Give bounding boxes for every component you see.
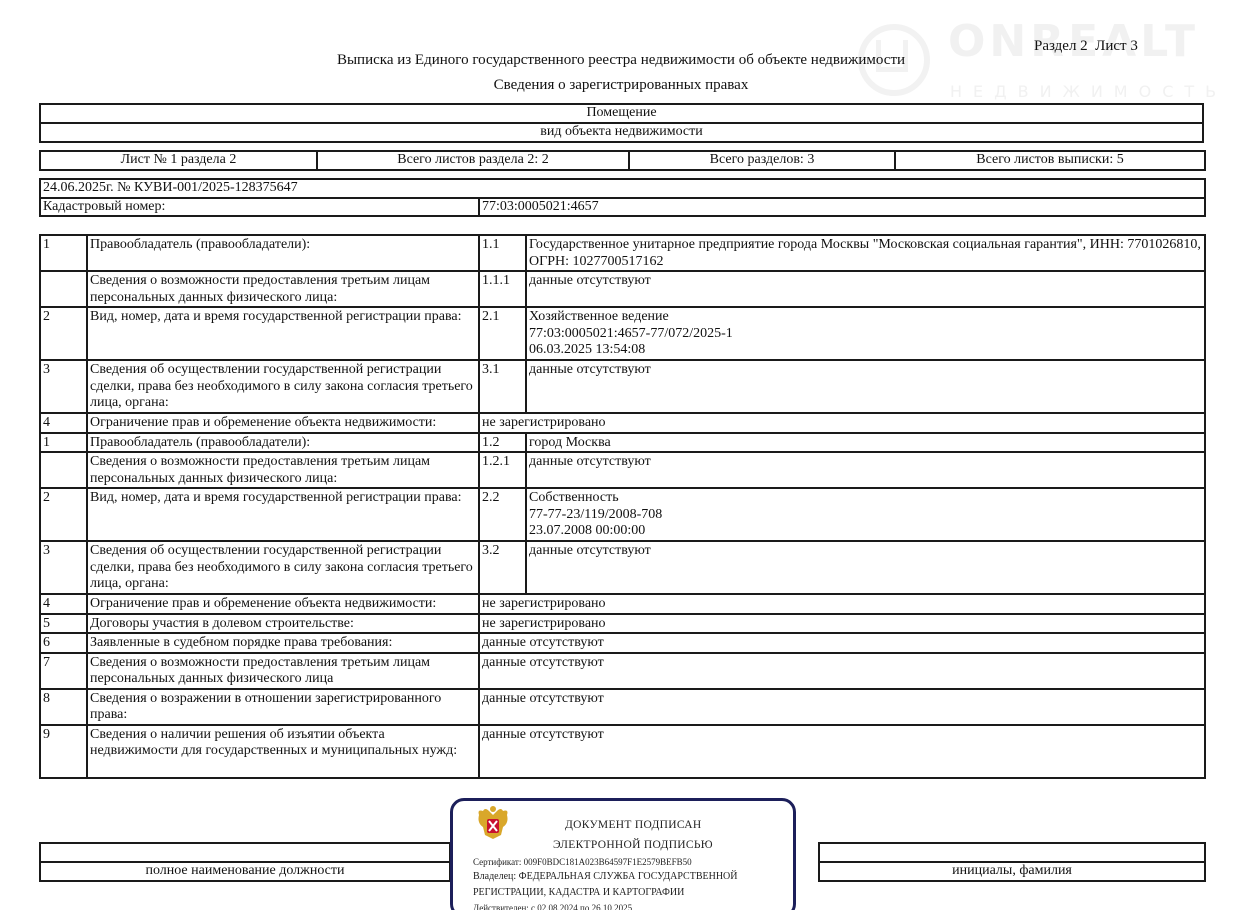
row-value-line: Хозяйственное ведение	[529, 309, 1202, 326]
row-code: 2.1	[479, 307, 526, 360]
row-number: 3	[40, 541, 87, 594]
row-label: Вид, номер, дата и время государственной…	[87, 307, 479, 360]
row-label: Сведения о возможности предоставления тр…	[87, 271, 479, 307]
row-value: данные отсутствуют	[479, 653, 1205, 689]
row-value-line: не зарегистрировано	[482, 415, 1202, 432]
row-code: 3.2	[479, 541, 526, 594]
table-row: Сведения о возможности предоставления тр…	[40, 452, 1205, 488]
row-value: данные отсутствуют	[479, 633, 1205, 653]
table-row: 6Заявленные в судебном порядке права тре…	[40, 633, 1205, 653]
row-number	[40, 452, 87, 488]
table-row: 4Ограничение прав и обременение объекта …	[40, 413, 1205, 433]
row-value-line: не зарегистрировано	[482, 616, 1202, 633]
stamp-line-2: ЭЛЕКТРОННОЙ ПОДПИСЬЮ	[553, 837, 713, 854]
cadastral-label: Кадастровый номер:	[40, 198, 479, 217]
row-number: 2	[40, 488, 87, 541]
row-value: Государственное унитарное предприятие го…	[526, 235, 1205, 271]
row-value: не зарегистрировано	[479, 413, 1205, 433]
row-value-line: 23.07.2008 00:00:00	[529, 523, 1202, 540]
stamp-validity: Действителен: с 02.08.2024 по 26.10.2025	[473, 900, 632, 910]
row-label: Вид, номер, дата и время государственной…	[87, 488, 479, 541]
row-value-line: 77-77-23/119/2008-708	[529, 507, 1202, 524]
row-number: 4	[40, 413, 87, 433]
row-value-line: данные отсутствуют	[482, 635, 1202, 652]
row-number: 7	[40, 653, 87, 689]
row-value-line: Собственность	[529, 490, 1202, 507]
table-row: 1Правообладатель (правообладатели):1.2го…	[40, 433, 1205, 453]
row-label: Сведения об осуществлении государственно…	[87, 541, 479, 594]
row-code: 1.1	[479, 235, 526, 271]
row-label: Ограничение прав и обременение объекта н…	[87, 594, 479, 614]
rights-table: 1Правообладатель (правообладатели):1.1Го…	[39, 234, 1206, 779]
row-label: Сведения о наличии решения об изъятии об…	[87, 725, 479, 778]
table-row: 4Ограничение прав и обременение объекта …	[40, 594, 1205, 614]
row-value: Собственность77-77-23/119/2008-70823.07.…	[526, 488, 1205, 541]
row-number: 8	[40, 689, 87, 725]
row-number: 3	[40, 360, 87, 413]
row-value-line: данные отсутствуют	[529, 454, 1202, 471]
position-field	[40, 843, 450, 862]
stamp-line-1: ДОКУМЕНТ ПОДПИСАН	[565, 817, 702, 834]
row-value-line: данные отсутствуют	[529, 362, 1202, 379]
object-type-table: Помещение вид объекта недвижимости	[39, 103, 1204, 143]
row-value-line: данные отсутствуют	[529, 273, 1202, 290]
row-value-line: город Москва	[529, 435, 1202, 452]
row-value-line: данные отсутствуют	[482, 655, 1202, 672]
row-number: 1	[40, 235, 87, 271]
row-number: 4	[40, 594, 87, 614]
row-label: Сведения о возможности предоставления тр…	[87, 653, 479, 689]
row-value-line: Государственное унитарное предприятие го…	[529, 237, 1202, 270]
row-value-line: 77:03:0005021:4657-77/072/2025-1	[529, 326, 1202, 343]
name-field	[819, 843, 1205, 862]
row-label: Правообладатель (правообладатели):	[87, 235, 479, 271]
table-row: 2Вид, номер, дата и время государственно…	[40, 307, 1205, 360]
row-value: данные отсутствуют	[479, 725, 1205, 778]
coat-of-arms-icon	[475, 805, 511, 845]
row-label: Сведения о возражении в отношении зареги…	[87, 689, 479, 725]
row-value: данные отсутствуют	[526, 271, 1205, 307]
table-row: 9Сведения о наличии решения об изъятии о…	[40, 725, 1205, 778]
row-value-line: не зарегистрировано	[482, 596, 1202, 613]
row-value: не зарегистрировано	[479, 594, 1205, 614]
table-row: 7Сведения о возможности предоставления т…	[40, 653, 1205, 689]
row-value-line: данные отсутствуют	[482, 691, 1202, 708]
document-subtitle: Сведения о зарегистрированных правах	[0, 77, 1242, 94]
total-sections: Всего разделов: 3	[629, 151, 895, 170]
object-type: Помещение	[40, 104, 1203, 123]
row-value: город Москва	[526, 433, 1205, 453]
sheet-number: Лист № 1 раздела 2	[40, 151, 317, 170]
electronic-signature-stamp: ДОКУМЕНТ ПОДПИСАН ЭЛЕКТРОННОЙ ПОДПИСЬЮ С…	[450, 798, 796, 910]
row-number: 9	[40, 725, 87, 778]
table-row: Сведения о возможности предоставления тр…	[40, 271, 1205, 307]
row-label: Сведения об осуществлении государственно…	[87, 360, 479, 413]
row-code: 1.1.1	[479, 271, 526, 307]
row-value-line: данные отсутствуют	[529, 543, 1202, 560]
row-value-line: 06.03.2025 13:54:08	[529, 342, 1202, 359]
row-number: 6	[40, 633, 87, 653]
document-header-table: 24.06.2025г. № КУВИ-001/2025-128375647 К…	[39, 178, 1206, 217]
table-row: 3Сведения об осуществлении государственн…	[40, 541, 1205, 594]
row-number: 1	[40, 433, 87, 453]
row-number: 2	[40, 307, 87, 360]
sheets-info-table: Лист № 1 раздела 2 Всего листов раздела …	[39, 150, 1206, 171]
total-extract-sheets: Всего листов выписки: 5	[895, 151, 1205, 170]
row-value: данные отсутствуют	[526, 360, 1205, 413]
row-label: Ограничение прав и обременение объекта н…	[87, 413, 479, 433]
row-code: 1.2	[479, 433, 526, 453]
name-caption: инициалы, фамилия	[819, 862, 1205, 881]
document-title: Выписка из Единого государственного реес…	[0, 52, 1242, 69]
row-label: Сведения о возможности предоставления тр…	[87, 452, 479, 488]
table-row: 1Правообладатель (правообладатели):1.1Го…	[40, 235, 1205, 271]
extract-date-number: 24.06.2025г. № КУВИ-001/2025-128375647	[40, 179, 1205, 198]
row-value: данные отсутствуют	[526, 541, 1205, 594]
row-value: не зарегистрировано	[479, 614, 1205, 634]
row-code: 1.2.1	[479, 452, 526, 488]
row-number: 5	[40, 614, 87, 634]
row-value-line: данные отсутствуют	[482, 727, 1202, 744]
row-number	[40, 271, 87, 307]
row-value: данные отсутствуют	[526, 452, 1205, 488]
table-row: 8Сведения о возражении в отношении зарег…	[40, 689, 1205, 725]
stamp-owner-line-1: Владелец: ФЕДЕРАЛЬНАЯ СЛУЖБА ГОСУДАРСТВЕ…	[473, 869, 738, 886]
row-label: Правообладатель (правообладатели):	[87, 433, 479, 453]
total-section-sheets: Всего листов раздела 2: 2	[317, 151, 629, 170]
row-code: 3.1	[479, 360, 526, 413]
row-value: Хозяйственное ведение77:03:0005021:4657-…	[526, 307, 1205, 360]
table-row: 2Вид, номер, дата и время государственно…	[40, 488, 1205, 541]
position-caption: полное наименование должности	[40, 862, 450, 881]
row-label: Заявленные в судебном порядке права треб…	[87, 633, 479, 653]
row-label: Договоры участия в долевом строительстве…	[87, 614, 479, 634]
object-type-caption: вид объекта недвижимости	[40, 123, 1203, 142]
row-code: 2.2	[479, 488, 526, 541]
table-row: 5Договоры участия в долевом строительств…	[40, 614, 1205, 634]
cadastral-number: 77:03:0005021:4657	[479, 198, 1205, 217]
table-row: 3Сведения об осуществлении государственн…	[40, 360, 1205, 413]
row-value: данные отсутствуют	[479, 689, 1205, 725]
